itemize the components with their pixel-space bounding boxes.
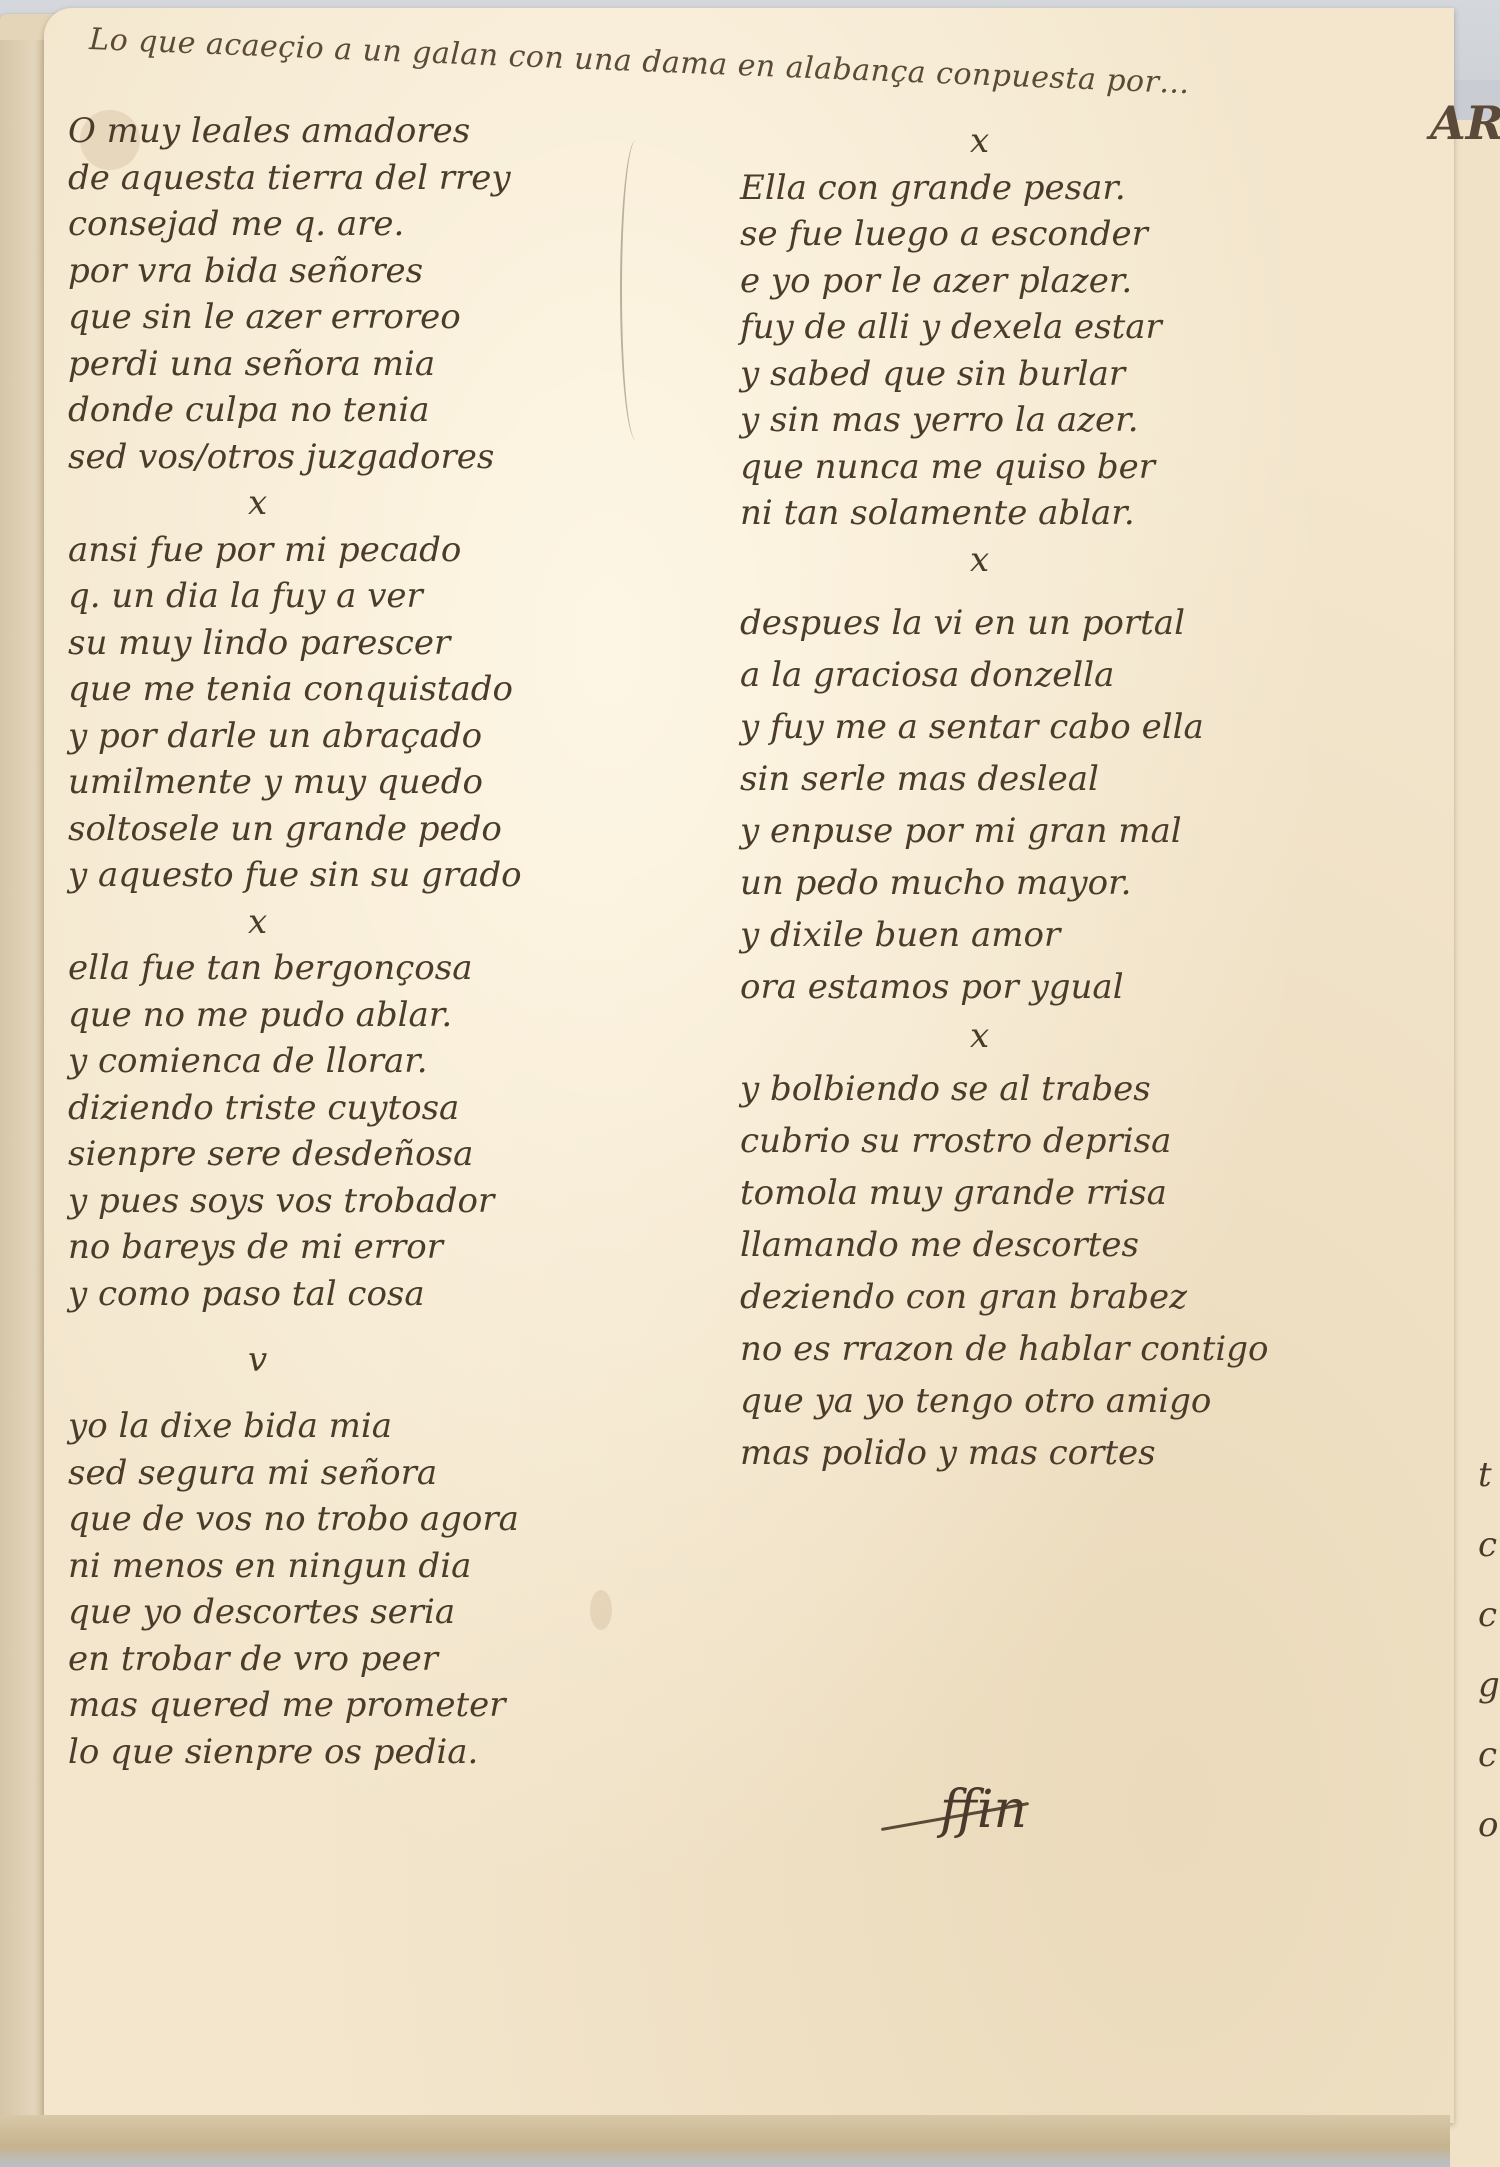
verse-line: lo que sienpre os pedia.: [68, 1729, 668, 1776]
verse-line: y dixile buen amor: [740, 909, 1420, 961]
verse-line: ansi fue por mi pecado: [68, 527, 668, 574]
closing-fin: ffin: [940, 1780, 1027, 1840]
verse-line: a la graciosa donzella: [740, 649, 1420, 701]
verse-line: sin serle mas desleal: [740, 753, 1420, 805]
verse-line: se fue luego a esconder: [740, 211, 1420, 258]
margin-letter: c: [1478, 1580, 1500, 1650]
verse-line: y comienca de llorar.: [68, 1038, 668, 1085]
right-column: x Ella con grande pesar. se fue luego a …: [740, 118, 1420, 1479]
verse-line: sed segura mi señora: [68, 1450, 668, 1497]
verse-line: donde culpa no tenia: [68, 387, 668, 434]
verse-line: ora estamos por ygual: [740, 961, 1420, 1013]
binding-edge: [0, 40, 50, 2120]
verse-line: y enpuse por mi gran mal: [740, 805, 1420, 857]
verse-line: umilmente y muy quedo: [68, 759, 668, 806]
verse-line: su muy lindo parescer: [68, 620, 668, 667]
stanza-separator: x: [68, 899, 668, 946]
verse-line: un pedo mucho mayor.: [740, 857, 1420, 909]
stanza-separator: v: [68, 1337, 668, 1403]
stanza: x Ella con grande pesar. se fue luego a …: [740, 118, 1420, 537]
monogram: AR: [1430, 96, 1500, 150]
stanza-separator: x: [740, 537, 1420, 597]
verse-line: que sin le azer erroreo: [68, 294, 668, 341]
page-bottom-edge: [0, 2115, 1450, 2167]
margin-fragment: t c c g c o: [1478, 1440, 1500, 1860]
verse-line: en trobar de vro peer: [68, 1636, 668, 1683]
verse-line: y pues soys vos trobador: [68, 1178, 668, 1225]
verse-line: que nunca me quiso ber: [740, 444, 1420, 491]
verse-line: de aquesta tierra del rrey: [68, 155, 668, 202]
stanza: x y bolbiendo se al trabes cubrio su rro…: [740, 1013, 1420, 1479]
verse-line: mas polido y mas cortes: [740, 1427, 1420, 1479]
stanza: v yo la dixe bida mia sed segura mi seño…: [68, 1337, 668, 1775]
stanza-separator: x: [740, 1013, 1420, 1063]
verse-line: fuy de alli y dexela estar: [740, 304, 1420, 351]
verse-line: y por darle un abraçado: [68, 713, 668, 760]
left-column: O muy leales amadores de aquesta tierra …: [68, 108, 668, 1775]
margin-letter: c: [1478, 1720, 1500, 1790]
verse-line: que ya yo tengo otro amigo: [740, 1375, 1420, 1427]
verse-line: cubrio su rrostro deprisa: [740, 1115, 1420, 1167]
verse-line: soltosele un grande pedo: [68, 806, 668, 853]
margin-letter: o: [1478, 1790, 1500, 1860]
verse-line: no es rrazon de hablar contigo: [740, 1323, 1420, 1375]
margin-letter: t: [1478, 1440, 1500, 1510]
verse-line: y como paso tal cosa: [68, 1271, 668, 1318]
verse-line: y aquesto fue sin su grado: [68, 852, 668, 899]
verse-line: sienpre sere desdeñosa: [68, 1131, 668, 1178]
margin-letter: g: [1478, 1650, 1500, 1720]
verse-line: despues la vi en un portal: [740, 597, 1420, 649]
stanza: O muy leales amadores de aquesta tierra …: [68, 108, 668, 480]
verse-line: llamando me descortes: [740, 1219, 1420, 1271]
verse-line: O muy leales amadores: [68, 108, 668, 155]
verse-line: que me tenia conquistado: [68, 666, 668, 713]
verse-line: y sin mas yerro la azer.: [740, 397, 1420, 444]
stanza-separator: x: [68, 480, 668, 527]
verse-line: y sabed que sin burlar: [740, 351, 1420, 398]
verse-line: tomola muy grande rrisa: [740, 1167, 1420, 1219]
verse-line: y fuy me a sentar cabo ella: [740, 701, 1420, 753]
verse-line: sed vos/otros juzgadores: [68, 434, 668, 481]
stanza-separator: x: [740, 118, 1420, 165]
verse-line: q. un dia la fuy a ver: [68, 573, 668, 620]
verse-line: ni menos en ningun dia: [68, 1543, 668, 1590]
verse-line: yo la dixe bida mia: [68, 1403, 668, 1450]
stanza: x ella fue tan bergonçosa que no me pudo…: [68, 899, 668, 1318]
verse-line: mas quered me prometer: [68, 1682, 668, 1729]
verse-line: y bolbiendo se al trabes: [740, 1063, 1420, 1115]
stanza: x despues la vi en un portal a la gracio…: [740, 537, 1420, 1013]
verse-line: que no me pudo ablar.: [68, 992, 668, 1039]
verse-line: ella fue tan bergonçosa: [68, 945, 668, 992]
verse-line: consejad me q. are.: [68, 201, 668, 248]
verse-line: que yo descortes seria: [68, 1589, 668, 1636]
margin-letter: c: [1478, 1510, 1500, 1580]
stanza: x ansi fue por mi pecado q. un dia la fu…: [68, 480, 668, 899]
verse-line: que de vos no trobo agora: [68, 1496, 668, 1543]
verse-line: perdi una señora mia: [68, 341, 668, 388]
verse-line: ni tan solamente ablar.: [740, 490, 1420, 537]
verse-line: Ella con grande pesar.: [740, 165, 1420, 212]
verse-line: por vra bida señores: [68, 248, 668, 295]
verse-line: e yo por le azer plazer.: [740, 258, 1420, 305]
verse-line: deziendo con gran brabez: [740, 1271, 1420, 1323]
verse-line: diziendo triste cuytosa: [68, 1085, 668, 1132]
verse-line: no bareys de mi error: [68, 1224, 668, 1271]
